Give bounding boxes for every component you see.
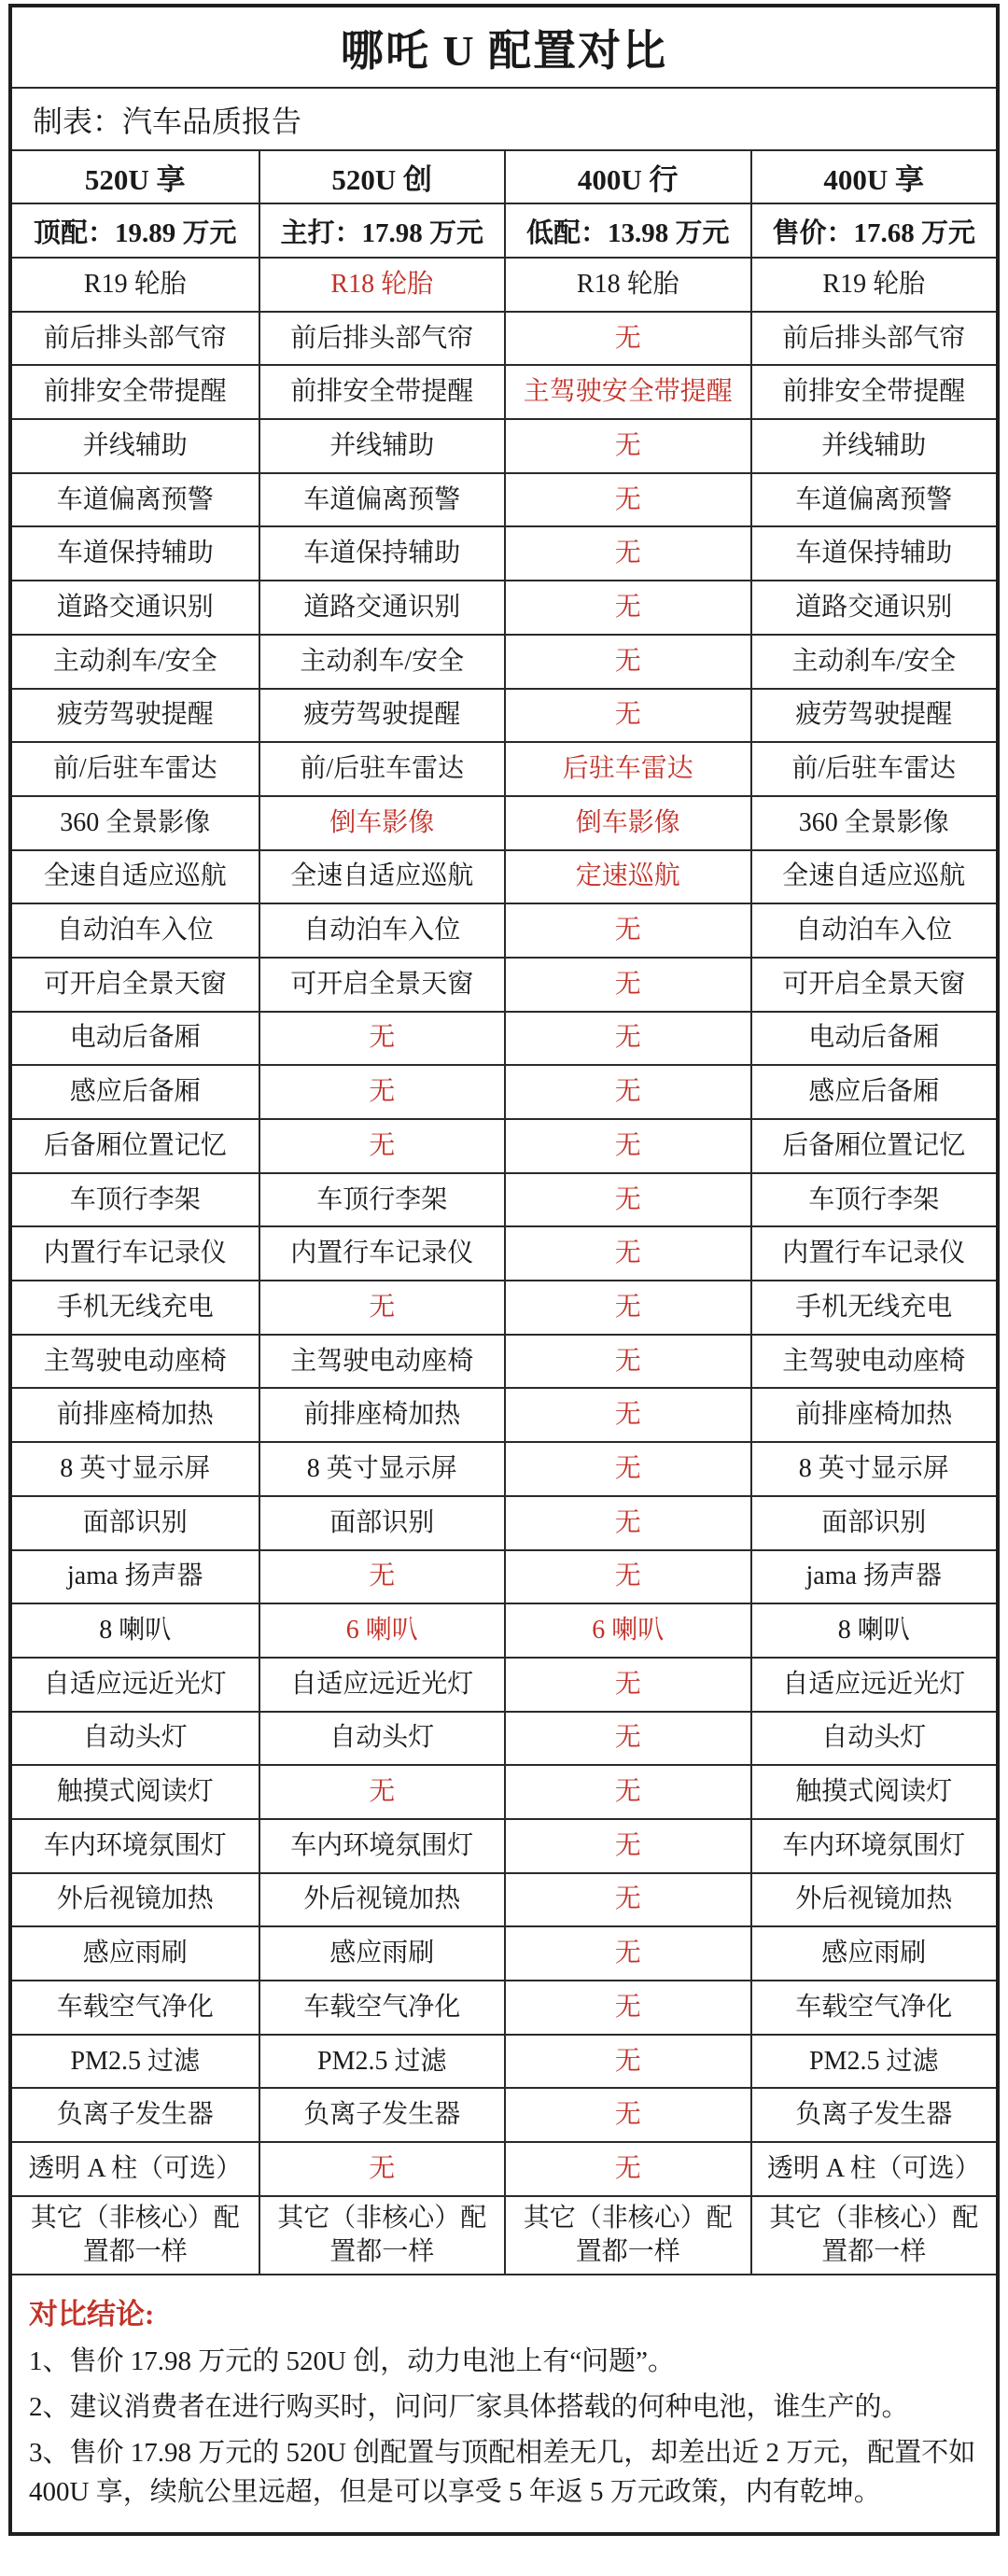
table-row: 全速自适应巡航全速自适应巡航定速巡航全速自适应巡航 [12, 849, 996, 903]
price-cell: 顶配：19.89 万元 [12, 204, 259, 257]
feature-cell: 无 [259, 1066, 505, 1118]
feature-cell: 无 [504, 959, 750, 1011]
feature-cell: 道路交通识别 [12, 581, 259, 634]
table-row: 其它（非核心）配置都一样其它（非核心）配置都一样其它（非核心）配置都一样其它（非… [12, 2195, 996, 2274]
feature-cell: 车道偏离预警 [259, 474, 505, 526]
feature-cell: 电动后备厢 [750, 1013, 997, 1065]
table-row: 手机无线充电无无手机无线充电 [12, 1280, 996, 1334]
feature-cell: 前排安全带提醒 [12, 366, 259, 418]
table-row: jama 扬声器无无jama 扬声器 [12, 1549, 996, 1603]
feature-cell: 负离子发生器 [259, 2089, 505, 2141]
price-cell: 售价：17.68 万元 [750, 204, 997, 257]
feature-cell: 车顶行李架 [750, 1174, 997, 1226]
feature-cell: 感应雨刷 [12, 1927, 259, 1980]
feature-cell: 8 英寸显示屏 [750, 1443, 997, 1495]
conclusion-label: 对比结论: [29, 2290, 979, 2332]
feature-cell: 并线辅助 [750, 420, 997, 472]
table-row: 车顶行李架车顶行李架无车顶行李架 [12, 1172, 996, 1226]
feature-cell: 车道保持辅助 [12, 527, 259, 580]
feature-cell: 感应雨刷 [750, 1927, 997, 1980]
table-row: 前后排头部气帘前后排头部气帘无前后排头部气帘 [12, 311, 996, 365]
feature-cell: 面部识别 [259, 1497, 505, 1549]
table-row: 8 喇叭6 喇叭6 喇叭8 喇叭 [12, 1603, 996, 1657]
feature-cell: 无 [504, 904, 750, 957]
table-row: 内置行车记录仪内置行车记录仪无内置行车记录仪 [12, 1225, 996, 1280]
feature-cell: 主动刹车/安全 [259, 636, 505, 688]
feature-cell: 透明 A 柱（可选） [750, 2143, 997, 2195]
feature-cell: 无 [504, 1927, 750, 1980]
feature-cell: jama 扬声器 [750, 1551, 997, 1603]
column-header-400u-xiang: 400U 享 [750, 151, 997, 203]
feature-cell: 其它（非核心）配置都一样 [259, 2197, 505, 2274]
feature-cell: 8 英寸显示屏 [259, 1443, 505, 1495]
column-header-400u-xing: 400U 行 [504, 151, 750, 203]
table-row: 前排座椅加热前排座椅加热无前排座椅加热 [12, 1387, 996, 1441]
feature-cell: 自适应远近光灯 [259, 1659, 505, 1711]
feature-cell: 前排座椅加热 [750, 1389, 997, 1441]
feature-cell: 自动头灯 [750, 1713, 997, 1765]
feature-cell: 车载空气净化 [12, 1981, 259, 2034]
feature-cell: 并线辅助 [12, 420, 259, 472]
feature-cell: R18 轮胎 [259, 259, 505, 311]
feature-cell: 无 [259, 1120, 505, 1172]
table-row: 道路交通识别道路交通识别无道路交通识别 [12, 580, 996, 634]
table-row: 自动头灯自动头灯无自动头灯 [12, 1711, 996, 1765]
feature-cell: PM2.5 过滤 [750, 2036, 997, 2088]
conclusion-item-2: 2、建议消费者在进行购买时，问问厂家具体搭载的何种电池，谁生产的。 [29, 2387, 979, 2427]
feature-cell: 全速自适应巡航 [12, 851, 259, 903]
table-row: 自适应远近光灯自适应远近光灯无自适应远近光灯 [12, 1657, 996, 1711]
feature-cell: R19 轮胎 [12, 259, 259, 311]
feature-cell: 无 [504, 1874, 750, 1926]
feature-cell: 全速自适应巡航 [259, 851, 505, 903]
feature-cell: 无 [504, 527, 750, 580]
feature-cell: 车载空气净化 [750, 1981, 997, 2034]
column-header-520u-xiang: 520U 享 [12, 151, 259, 203]
feature-cell: 后备厢位置记忆 [750, 1120, 997, 1172]
feature-cell: 可开启全景天窗 [259, 959, 505, 1011]
feature-cell: 前后排头部气帘 [12, 313, 259, 365]
feature-cell: 无 [504, 581, 750, 634]
feature-cell: 感应后备厢 [12, 1066, 259, 1118]
feature-cell: 无 [504, 1174, 750, 1226]
feature-cell: 道路交通识别 [750, 581, 997, 634]
feature-cell: 主驾驶电动座椅 [750, 1336, 997, 1388]
feature-cell: 无 [504, 1281, 750, 1334]
feature-cell: 无 [504, 1766, 750, 1818]
table-row: 前/后驻车雷达前/后驻车雷达后驻车雷达前/后驻车雷达 [12, 741, 996, 795]
feature-cell: 感应雨刷 [259, 1927, 505, 1980]
feature-cell: 负离子发生器 [750, 2089, 997, 2141]
feature-cell: 无 [504, 1551, 750, 1603]
feature-cell: 感应后备厢 [750, 1066, 997, 1118]
feature-cell: R19 轮胎 [750, 259, 997, 311]
feature-cell: 无 [259, 1013, 505, 1065]
feature-cell: 车内环境氛围灯 [259, 1820, 505, 1872]
feature-cell: 自适应远近光灯 [750, 1659, 997, 1711]
feature-cell: 倒车影像 [259, 797, 505, 849]
feature-cell: 面部识别 [750, 1497, 997, 1549]
feature-cell: 无 [504, 1713, 750, 1765]
table-row: 360 全景影像倒车影像倒车影像360 全景影像 [12, 795, 996, 849]
feature-cell: 可开启全景天窗 [750, 959, 997, 1011]
feature-cell: 触摸式阅读灯 [12, 1766, 259, 1818]
feature-cell: 8 喇叭 [750, 1604, 997, 1657]
price-row: 顶配：19.89 万元 主打：17.98 万元 低配：13.98 万元 售价：1… [12, 203, 996, 257]
feature-cell: 道路交通识别 [259, 581, 505, 634]
conclusion-section: 对比结论: 1、售价 17.98 万元的 520U 创，动力电池上有“问题”。 … [12, 2274, 996, 2532]
feature-cell: PM2.5 过滤 [259, 2036, 505, 2088]
feature-cell: 无 [504, 2143, 750, 2195]
feature-cell: 车道保持辅助 [750, 527, 997, 580]
feature-cell: 无 [504, 1013, 750, 1065]
feature-cell: 前/后驻车雷达 [12, 743, 259, 795]
table-row: 主驾驶电动座椅主驾驶电动座椅无主驾驶电动座椅 [12, 1334, 996, 1388]
feature-cell: 外后视镜加热 [259, 1874, 505, 1926]
feature-cell: 前排安全带提醒 [259, 366, 505, 418]
comparison-table: 哪吒 U 配置对比 制表：汽车品质报告 520U 享 520U 创 400U 行… [8, 4, 1000, 2536]
feature-cell: 无 [259, 1551, 505, 1603]
table-row: 车道偏离预警车道偏离预警无车道偏离预警 [12, 472, 996, 526]
feature-cell: 倒车影像 [504, 797, 750, 849]
table-row: 面部识别面部识别无面部识别 [12, 1495, 996, 1549]
table-row: 疲劳驾驶提醒疲劳驾驶提醒无疲劳驾驶提醒 [12, 688, 996, 742]
column-header-row: 520U 享 520U 创 400U 行 400U 享 [12, 149, 996, 203]
feature-cell: 主驾驶电动座椅 [259, 1336, 505, 1388]
feature-cell: 无 [259, 1281, 505, 1334]
feature-cell: 触摸式阅读灯 [750, 1766, 997, 1818]
table-row: 负离子发生器负离子发生器无负离子发生器 [12, 2087, 996, 2141]
feature-cell: 主驾驶电动座椅 [12, 1336, 259, 1388]
feature-cell: 内置行车记录仪 [12, 1227, 259, 1280]
feature-cell: 无 [504, 1389, 750, 1441]
feature-cell: R18 轮胎 [504, 259, 750, 311]
table-row: 主动刹车/安全主动刹车/安全无主动刹车/安全 [12, 634, 996, 688]
page-title: 哪吒 U 配置对比 [12, 7, 996, 87]
price-cell: 主打：17.98 万元 [259, 204, 505, 257]
feature-cell: 疲劳驾驶提醒 [12, 690, 259, 742]
table-row: 触摸式阅读灯无无触摸式阅读灯 [12, 1764, 996, 1818]
feature-cell: 无 [504, 313, 750, 365]
feature-cell: 外后视镜加热 [750, 1874, 997, 1926]
feature-cell: 可开启全景天窗 [12, 959, 259, 1011]
feature-cell: 疲劳驾驶提醒 [750, 690, 997, 742]
table-row: 可开启全景天窗可开启全景天窗无可开启全景天窗 [12, 957, 996, 1011]
feature-cell: 车顶行李架 [259, 1174, 505, 1226]
table-row: 电动后备厢无无电动后备厢 [12, 1011, 996, 1065]
feature-cell: 前后排头部气帘 [259, 313, 505, 365]
table-row: 感应后备厢无无感应后备厢 [12, 1064, 996, 1118]
feature-cell: 无 [504, 420, 750, 472]
page: { "title": "哪吒 U 配置对比", "maker_credit": … [0, 0, 1008, 2576]
table-row: 车载空气净化车载空气净化无车载空气净化 [12, 1980, 996, 2034]
feature-cell: 其它（非核心）配置都一样 [750, 2197, 997, 2274]
feature-cell: 无 [504, 2089, 750, 2141]
feature-cell: 无 [504, 1336, 750, 1388]
feature-cell: 360 全景影像 [12, 797, 259, 849]
feature-cell: 8 英寸显示屏 [12, 1443, 259, 1495]
conclusion-item-3: 3、售价 17.98 万元的 520U 创配置与顶配相差无几，却差出近 2 万元… [29, 2433, 979, 2512]
conclusion-item-1: 1、售价 17.98 万元的 520U 创，动力电池上有“问题”。 [29, 2342, 979, 2381]
feature-cell: 内置行车记录仪 [750, 1227, 997, 1280]
feature-cell: 前排安全带提醒 [750, 366, 997, 418]
feature-cell: 后驻车雷达 [504, 743, 750, 795]
feature-cell: 前排座椅加热 [259, 1389, 505, 1441]
feature-cell: 主驾驶安全带提醒 [504, 366, 750, 418]
feature-cell: 自动泊车入位 [12, 904, 259, 957]
maker-credit: 制表：汽车品质报告 [12, 87, 996, 149]
feature-cell: 内置行车记录仪 [259, 1227, 505, 1280]
feature-cell: 无 [504, 1820, 750, 1872]
feature-cell: 车道保持辅助 [259, 527, 505, 580]
feature-rows: R19 轮胎R18 轮胎R18 轮胎R19 轮胎前后排头部气帘前后排头部气帘无前… [12, 257, 996, 2274]
table-row: 自动泊车入位自动泊车入位无自动泊车入位 [12, 903, 996, 957]
feature-cell: 并线辅助 [259, 420, 505, 472]
feature-cell: 无 [504, 1227, 750, 1280]
feature-cell: 车顶行李架 [12, 1174, 259, 1226]
feature-cell: jama 扬声器 [12, 1551, 259, 1603]
table-row: PM2.5 过滤PM2.5 过滤无PM2.5 过滤 [12, 2034, 996, 2088]
table-row: 后备厢位置记忆无无后备厢位置记忆 [12, 1118, 996, 1172]
table-row: 车道保持辅助车道保持辅助无车道保持辅助 [12, 525, 996, 580]
feature-cell: 自适应远近光灯 [12, 1659, 259, 1711]
table-row: 8 英寸显示屏8 英寸显示屏无8 英寸显示屏 [12, 1441, 996, 1495]
feature-cell: 自动头灯 [259, 1713, 505, 1765]
table-row: 感应雨刷感应雨刷无感应雨刷 [12, 1925, 996, 1980]
feature-cell: 前后排头部气帘 [750, 313, 997, 365]
feature-cell: 面部识别 [12, 1497, 259, 1549]
feature-cell: 定速巡航 [504, 851, 750, 903]
feature-cell: 无 [259, 2143, 505, 2195]
feature-cell: 手机无线充电 [12, 1281, 259, 1334]
feature-cell: 车内环境氛围灯 [12, 1820, 259, 1872]
feature-cell: 无 [504, 1981, 750, 2034]
feature-cell: 6 喇叭 [259, 1604, 505, 1657]
feature-cell: 无 [504, 690, 750, 742]
feature-cell: 360 全景影像 [750, 797, 997, 849]
feature-cell: 电动后备厢 [12, 1013, 259, 1065]
feature-cell: 无 [504, 1497, 750, 1549]
feature-cell: 前/后驻车雷达 [750, 743, 997, 795]
feature-cell: 其它（非核心）配置都一样 [12, 2197, 259, 2274]
column-header-520u-chuang: 520U 创 [259, 151, 505, 203]
feature-cell: 无 [504, 474, 750, 526]
feature-cell: 自动泊车入位 [259, 904, 505, 957]
feature-cell: 车内环境氛围灯 [750, 1820, 997, 1872]
feature-cell: 其它（非核心）配置都一样 [504, 2197, 750, 2274]
feature-cell: 全速自适应巡航 [750, 851, 997, 903]
feature-cell: PM2.5 过滤 [12, 2036, 259, 2088]
table-row: 车内环境氛围灯车内环境氛围灯无车内环境氛围灯 [12, 1818, 996, 1872]
feature-cell: 无 [504, 1120, 750, 1172]
feature-cell: 负离子发生器 [12, 2089, 259, 2141]
table-row: 外后视镜加热外后视镜加热无外后视镜加热 [12, 1872, 996, 1926]
feature-cell: 车载空气净化 [259, 1981, 505, 2034]
feature-cell: 无 [259, 1766, 505, 1818]
feature-cell: 无 [504, 1659, 750, 1711]
feature-cell: 车道偏离预警 [12, 474, 259, 526]
table-row: 透明 A 柱（可选）无无透明 A 柱（可选） [12, 2141, 996, 2195]
feature-cell: 手机无线充电 [750, 1281, 997, 1334]
feature-cell: 主动刹车/安全 [750, 636, 997, 688]
feature-cell: 无 [504, 1066, 750, 1118]
feature-cell: 无 [504, 1443, 750, 1495]
feature-cell: 外后视镜加热 [12, 1874, 259, 1926]
feature-cell: 疲劳驾驶提醒 [259, 690, 505, 742]
table-row: 并线辅助并线辅助无并线辅助 [12, 418, 996, 472]
feature-cell: 自动泊车入位 [750, 904, 997, 957]
feature-cell: 6 喇叭 [504, 1604, 750, 1657]
feature-cell: 自动头灯 [12, 1713, 259, 1765]
feature-cell: 主动刹车/安全 [12, 636, 259, 688]
feature-cell: 无 [504, 636, 750, 688]
feature-cell: 前/后驻车雷达 [259, 743, 505, 795]
price-cell: 低配：13.98 万元 [504, 204, 750, 257]
feature-cell: 8 喇叭 [12, 1604, 259, 1657]
table-row: 前排安全带提醒前排安全带提醒主驾驶安全带提醒前排安全带提醒 [12, 364, 996, 418]
feature-cell: 前排座椅加热 [12, 1389, 259, 1441]
feature-cell: 无 [504, 2036, 750, 2088]
feature-cell: 透明 A 柱（可选） [12, 2143, 259, 2195]
table-row: R19 轮胎R18 轮胎R18 轮胎R19 轮胎 [12, 257, 996, 311]
feature-cell: 车道偏离预警 [750, 474, 997, 526]
feature-cell: 后备厢位置记忆 [12, 1120, 259, 1172]
